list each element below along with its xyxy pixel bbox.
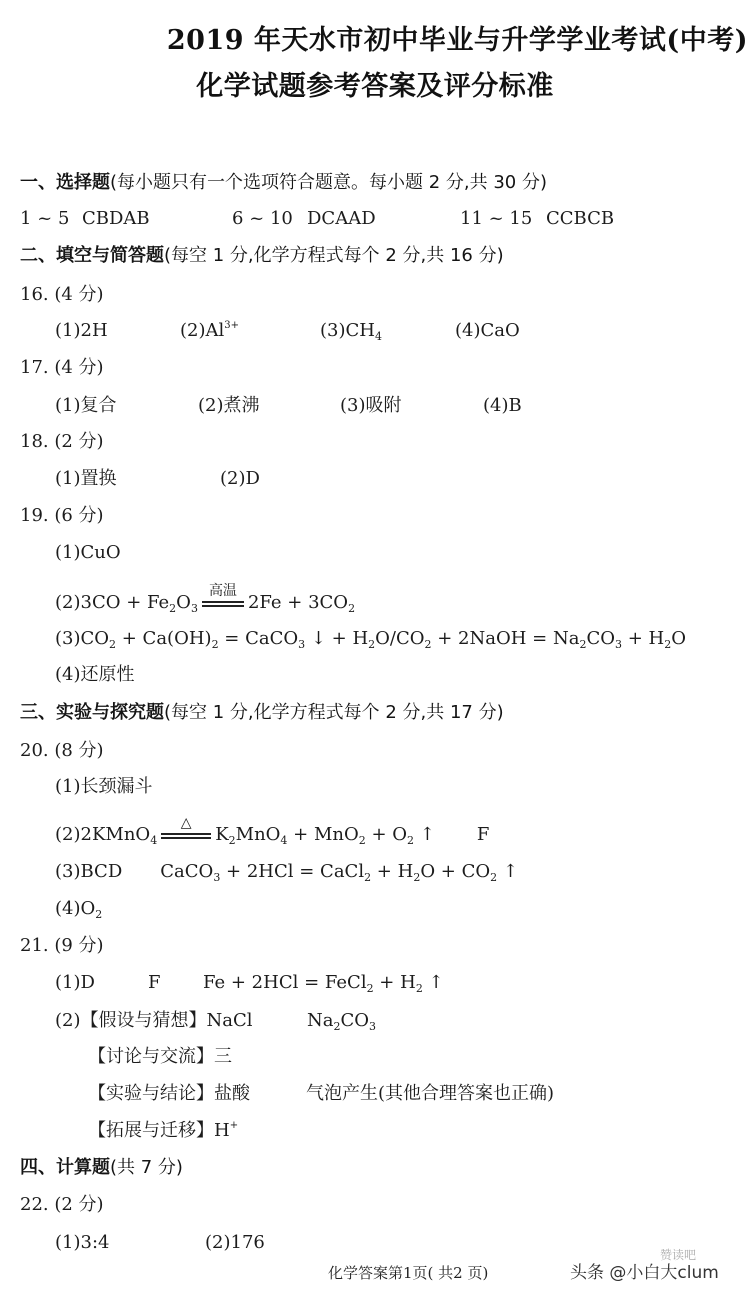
q19-a2-products: 2Fe + 3CO (248, 592, 348, 613)
q18-answers: (1)置换 (2)D (55, 468, 735, 490)
mc-answers-2: DCAAD (307, 208, 376, 230)
watermark-ghost: 赞读吧 (660, 1246, 696, 1263)
mc-answers-1: CBDAB (82, 208, 150, 230)
q22-a1: (1)3:4 (55, 1232, 109, 1254)
equals-bar (202, 601, 244, 603)
q21-a2-na2co3: Na2CO3 (307, 1010, 376, 1032)
section1-heading: 一、选择题(每小题只有一个选项符合题意。每小题 2 分,共 30 分) (20, 172, 547, 194)
q16-a2: (2)Al3+ (180, 320, 239, 342)
subscript: 2 (348, 602, 355, 615)
q20-a2-equation: (2)2KMnO4△K2MnO4 + MnO2 + O2 ↑F (55, 824, 489, 846)
q20-a2-reactant: (2)2KMnO (55, 824, 150, 845)
section4-title: 四、计算题 (20, 1157, 110, 1178)
q18-label: 18. (2 分) (20, 431, 104, 453)
q22-answers: (1)3:4 (2)176 (55, 1232, 735, 1254)
document-title-line2: 化学试题参考答案及评分标准 (0, 64, 750, 103)
watermark-text: 头条 @小白大clum (570, 1263, 719, 1283)
q20-a4: (4)O2 (55, 898, 102, 920)
reaction-condition: △ (159, 824, 213, 846)
q21-experiment-extra: 气泡产生(其他合理答案也正确) (306, 1083, 554, 1105)
q21-a1-equation: Fe + 2HCl = FeCl2 + H2 ↑ (203, 972, 444, 994)
equals-bar (202, 605, 244, 607)
q16-a1: (1)2H (55, 320, 108, 342)
q19-label: 19. (6 分) (20, 505, 104, 527)
q18-a2: (2)D (220, 468, 260, 490)
document-title-line1: 2019 年天水市初中毕业与升学学业考试(中考) (30, 18, 750, 57)
section2-heading: 二、填空与简答题(每空 1 分,化学方程式每个 2 分,共 16 分) (20, 245, 504, 267)
q21-a2-prefix: (2)【假设与猜想】NaCl (55, 1010, 253, 1032)
q22-a2: (2)176 (205, 1232, 265, 1254)
q21-experiment-text: 【实验与结论】盐酸 (88, 1083, 250, 1105)
q21-discussion: 【讨论与交流】三 (88, 1046, 232, 1068)
q21-label: 21. (9 分) (20, 935, 104, 957)
watermark: 头条 @小白大clum 赞读吧 (570, 1258, 719, 1283)
q18-a1: (1)置换 (55, 468, 117, 490)
q16-a4: (4)CaO (455, 320, 520, 342)
section3-heading: 三、实验与探究题(每空 1 分,化学方程式每个 2 分,共 17 分) (20, 702, 504, 724)
mc-answers-row: 1 ~ 5 CBDAB 6 ~ 10 DCAAD 11 ~ 15 CCBCB (20, 208, 740, 230)
q16-answers: (1)2H (2)Al3+ (3)CH4 (4)CaO (55, 320, 735, 342)
q19-a2-reactants: (2)3CO + Fe (55, 592, 169, 613)
q16-label: 16. (4 分) (20, 284, 104, 306)
condition-label: 高温 (200, 580, 246, 602)
section4-heading: 四、计算题(共 7 分) (20, 1157, 183, 1179)
mc-answers-3: CCBCB (546, 208, 614, 230)
subscript: 2 (169, 602, 176, 615)
section4-note: (共 7 分) (110, 1157, 183, 1178)
q16-a3-subscript: 4 (375, 330, 382, 343)
q20-a2-extra: F (477, 824, 490, 845)
q17-a2: (2)煮沸 (198, 395, 260, 417)
q17-a4: (4)B (483, 395, 522, 417)
q16-a3-text: (3)CH (320, 320, 375, 341)
equals-bar (161, 833, 211, 835)
q21-extension-text: 【拓展与迁移】H (88, 1120, 230, 1141)
q22-label: 22. (2 分) (20, 1194, 104, 1216)
q17-label: 17. (4 分) (20, 357, 104, 379)
q19-a1: (1)CuO (55, 542, 121, 564)
section3-note: (每空 1 分,化学方程式每个 2 分,共 17 分) (164, 702, 504, 723)
q17-a3: (3)吸附 (340, 395, 402, 417)
q19-a3-label: (3) (55, 628, 81, 649)
q19-a4: (4)还原性 (55, 664, 135, 686)
q21-a1: (1)D F Fe + 2HCl = FeCl2 + H2 ↑ (55, 972, 735, 994)
q16-a2-text: (2)Al (180, 320, 224, 341)
q20-label: 20. (8 分) (20, 740, 104, 762)
q20-a1: (1)长颈漏斗 (55, 776, 153, 798)
heat-symbol: △ (159, 812, 213, 834)
section2-note: (每空 1 分,化学方程式每个 2 分,共 16 分) (164, 245, 504, 266)
q21-extension: 【拓展与迁移】H+ (88, 1120, 238, 1142)
section2-title: 二、填空与简答题 (20, 245, 164, 266)
mc-range-3: 11 ~ 15 (460, 208, 532, 230)
q20-a3: (3)BCDCaCO3 + 2HCl = CaCl2 + H2O + CO2 ↑ (55, 861, 518, 883)
q21-experiment: 【实验与结论】盐酸 气泡产生(其他合理答案也正确) (88, 1083, 738, 1105)
q17-answers: (1)复合 (2)煮沸 (3)吸附 (4)B (55, 395, 735, 417)
section1-title: 一、选择题 (20, 172, 110, 193)
mc-range-1: 1 ~ 5 (20, 208, 69, 230)
q19-a2-equation: (2)3CO + Fe2O3高温2Fe + 3CO2 (55, 592, 355, 614)
q19-a3-equation: (3)CO2 + Ca(OH)2 = CaCO3 ↓ + H2O/CO2 + 2… (55, 628, 686, 650)
reaction-condition: 高温 (200, 592, 246, 614)
mc-range-2: 6 ~ 10 (232, 208, 293, 230)
q20-a4-text: (4)O (55, 898, 95, 919)
q16-a3: (3)CH4 (320, 320, 382, 342)
section1-note: (每小题只有一个选项符合题意。每小题 2 分,共 30 分) (110, 172, 547, 193)
q21-extension-charge: + (230, 1120, 238, 1131)
equals-bar (161, 837, 211, 839)
q21-a1-part1: (1)D (55, 972, 95, 994)
q17-a1: (1)复合 (55, 395, 117, 417)
q21-a2-hypothesis: (2)【假设与猜想】NaCl Na2CO3 (55, 1010, 735, 1032)
q16-a2-charge: 3+ (224, 320, 239, 331)
page-footer: 化学答案第1页( 共2 页) (328, 1262, 488, 1283)
section3-title: 三、实验与探究题 (20, 702, 164, 723)
subscript: 3 (191, 602, 198, 615)
q21-a1-part2: F (148, 972, 161, 994)
q20-a3-answer: (3)BCD (55, 861, 122, 882)
